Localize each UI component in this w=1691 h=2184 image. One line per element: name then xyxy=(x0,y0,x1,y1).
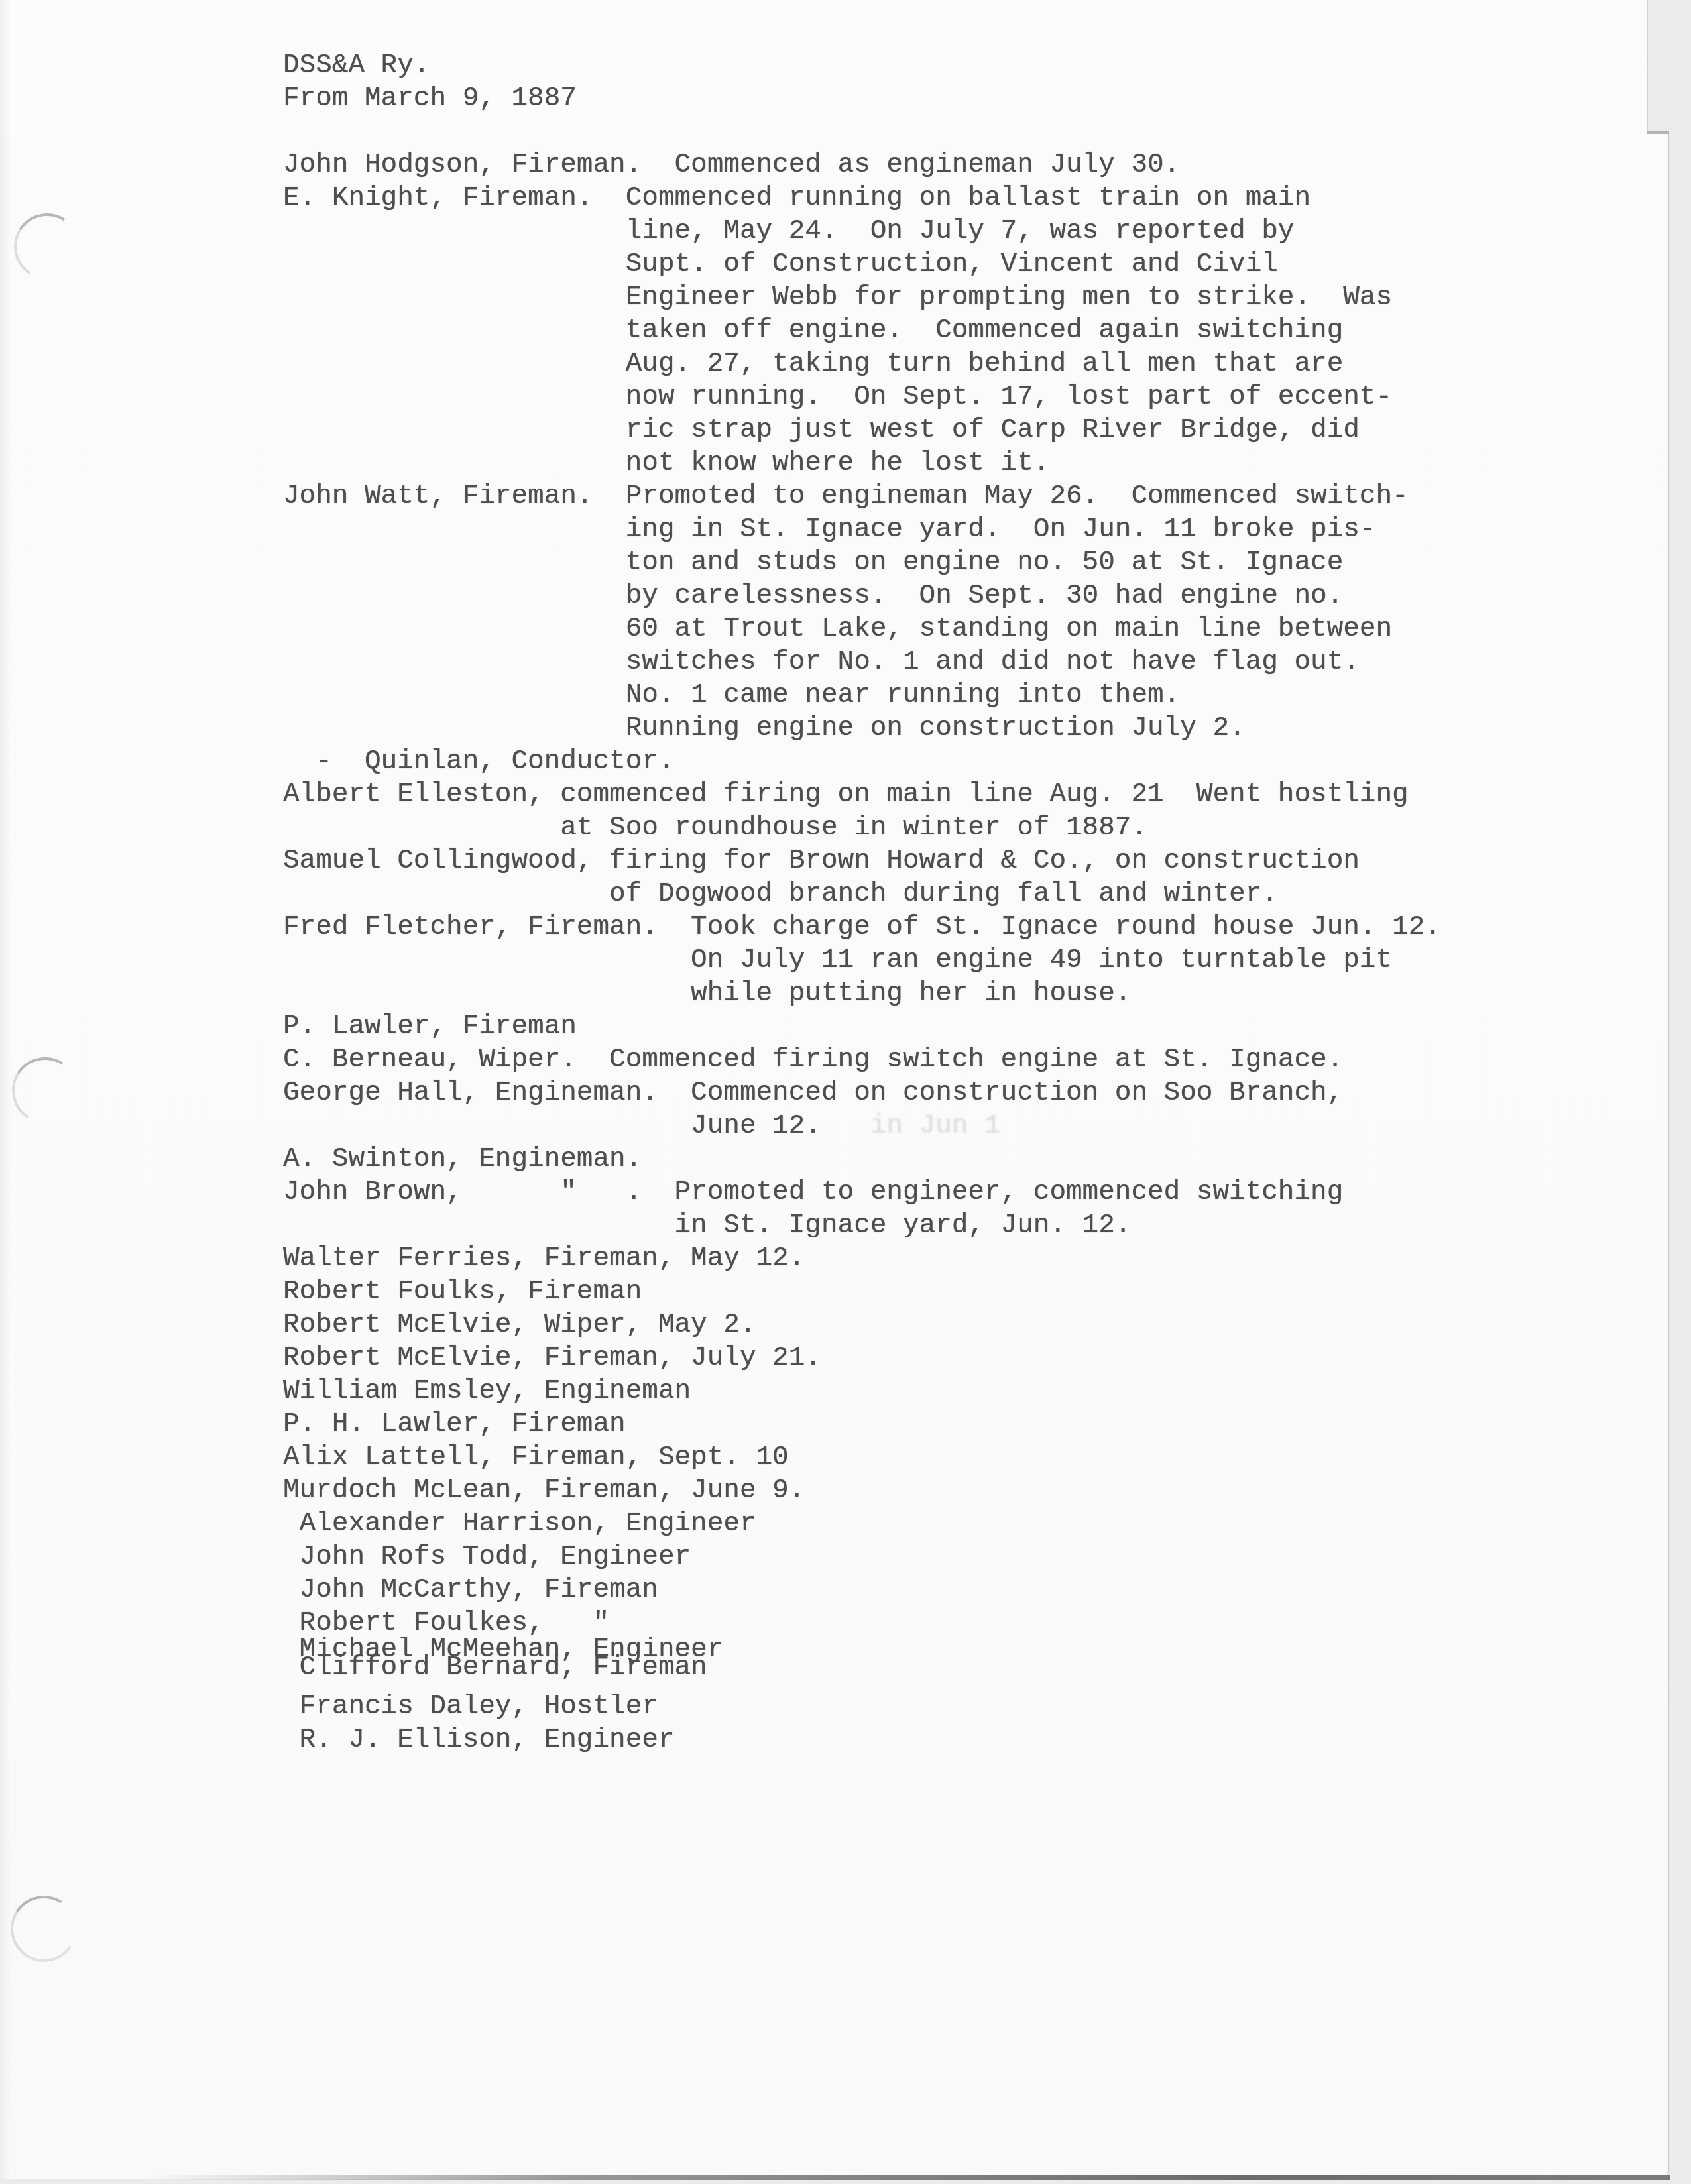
document-line: John Rofs Todd, Engineer xyxy=(283,1540,1441,1574)
document-line: of Dogwood branch during fall and winter… xyxy=(283,878,1441,911)
scan-left-shading xyxy=(0,0,11,2179)
document-line: Murdoch McLean, Fireman, June 9. xyxy=(283,1474,1441,1507)
document-line: Clifford Bernard, Fireman xyxy=(283,1651,1441,1684)
document-line: Fred Fletcher, Fireman. Took charge of S… xyxy=(283,911,1441,944)
page-bottom-edge xyxy=(146,2175,1670,2180)
document-line: On July 11 ran engine 49 into turntable … xyxy=(283,944,1441,977)
document-line: John Watt, Fireman. Promoted to enginema… xyxy=(283,480,1441,513)
document-line: at Soo roundhouse in winter of 1887. xyxy=(283,811,1441,844)
document-line: by carelessness. On Sept. 30 had engine … xyxy=(283,579,1441,612)
document-line: Robert McElvie, Fireman, July 21. xyxy=(283,1342,1441,1375)
document-line: George Hall, Engineman. Commenced on con… xyxy=(283,1076,1441,1110)
document-line: Francis Daley, Hostler xyxy=(283,1690,1441,1723)
document-line: R. J. Ellison, Engineer xyxy=(283,1723,1441,1756)
document-line: E. Knight, Fireman. Commenced running on… xyxy=(283,182,1441,215)
document-line: Walter Ferries, Fireman, May 12. xyxy=(283,1242,1441,1275)
document-line: 60 at Trout Lake, standing on main line … xyxy=(283,612,1441,646)
document-line: Running engine on construction July 2. xyxy=(283,712,1441,745)
document-line: P. H. Lawler, Fireman xyxy=(283,1408,1441,1441)
document-line xyxy=(283,115,1441,148)
document-line: William Emsley, Engineman xyxy=(283,1375,1441,1408)
document-line: John McCarthy, Fireman xyxy=(283,1574,1441,1607)
document-line: DSS&A Ry. xyxy=(283,49,1441,82)
document-line: Engineer Webb for prompting men to strik… xyxy=(283,281,1441,314)
document-line: A. Swinton, Engineman. xyxy=(283,1143,1441,1176)
document-line: not know where he lost it. xyxy=(283,447,1441,480)
document-line: - Quinlan, Conductor. xyxy=(283,745,1441,778)
document-line: C. Berneau, Wiper. Commenced firing swit… xyxy=(283,1043,1441,1076)
document-line: John Brown, " . Promoted to engineer, co… xyxy=(283,1176,1441,1209)
document-line: Albert Elleston, commenced firing on mai… xyxy=(283,778,1441,811)
document-line: while putting her in house. xyxy=(283,977,1441,1010)
document-line: taken off engine. Commenced again switch… xyxy=(283,314,1441,347)
document-line: Robert McElvie, Wiper, May 2. xyxy=(283,1308,1441,1342)
document-line: Robert Foulks, Fireman xyxy=(283,1275,1441,1308)
document-line: ric strap just west of Carp River Bridge… xyxy=(283,414,1441,447)
document-line: From March 9, 1887 xyxy=(283,82,1441,115)
document-line: now running. On Sept. 17, lost part of e… xyxy=(283,380,1441,414)
document-line: P. Lawler, Fireman xyxy=(283,1010,1441,1043)
document-line: line, May 24. On July 7, was reported by xyxy=(283,215,1441,248)
document-line: Supt. of Construction, Vincent and Civil xyxy=(283,248,1441,281)
scanned-document: DSS&A Ry.From March 9, 1887 John Hodgson… xyxy=(0,0,1691,2184)
document-line: switches for No. 1 and did not have flag… xyxy=(283,646,1441,679)
document-line: in St. Ignace yard, Jun. 12. xyxy=(283,1209,1441,1242)
erased-text-smudge: in Jun 1 xyxy=(821,1111,1001,1141)
document-text: DSS&A Ry.From March 9, 1887 John Hodgson… xyxy=(283,49,1441,1756)
document-line: John Hodgson, Fireman. Commenced as engi… xyxy=(283,148,1441,182)
document-line: No. 1 came near running into them. xyxy=(283,679,1441,712)
document-line: Samuel Collingwood, firing for Brown How… xyxy=(283,844,1441,878)
page-corner-step-edge xyxy=(1647,131,1669,134)
document-line: Aug. 27, taking turn behind all men that… xyxy=(283,347,1441,380)
document-line: ton and studs on engine no. 50 at St. Ig… xyxy=(283,546,1441,579)
document-line: June 12. in Jun 1 xyxy=(283,1110,1441,1143)
document-line: Alix Lattell, Fireman, Sept. 10 xyxy=(283,1441,1441,1474)
document-line: Alexander Harrison, Engineer xyxy=(283,1507,1441,1540)
document-line: ing in St. Ignace yard. On Jun. 11 broke… xyxy=(283,513,1441,546)
